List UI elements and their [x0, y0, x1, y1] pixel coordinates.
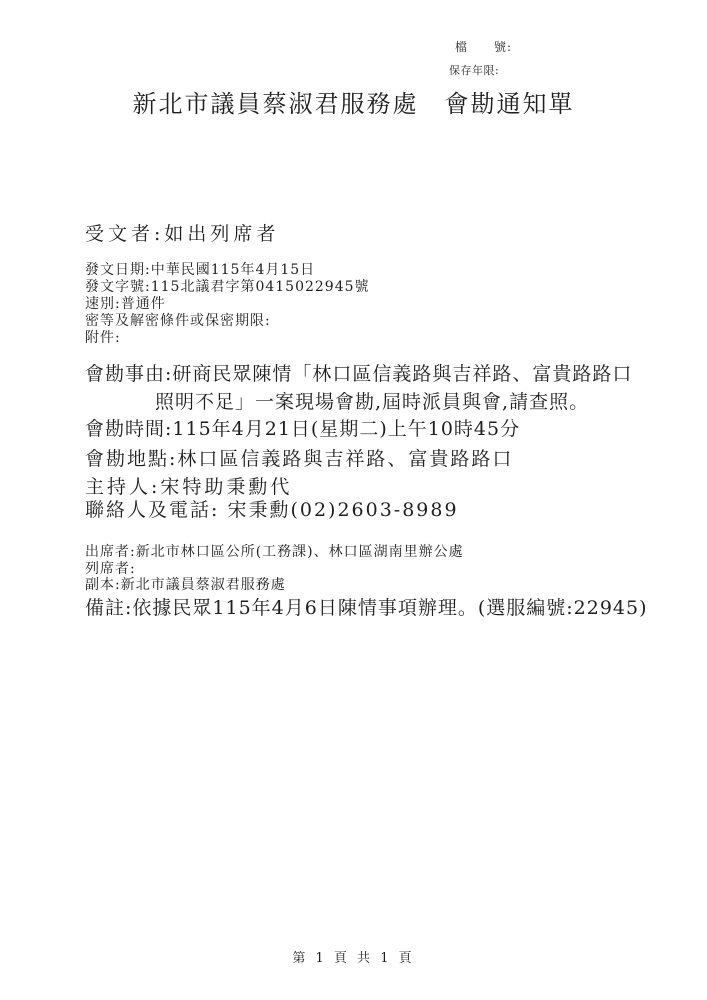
document-title: 新北市議員蔡淑君服務處 會勘通知單: [0, 84, 707, 119]
remark-line: 備註:依據民眾115年4月6日陳情事項辦理。(選服編號:22945): [85, 593, 648, 620]
survey-location-line: 會勘地點:林口區信義路與吉祥路、富貴路路口: [85, 444, 513, 471]
attachment-line: 附件:: [85, 327, 121, 347]
recipient-line: 受文者:如出列席者: [85, 219, 279, 246]
attendees-line: 出席者:新北市林口區公所(工務課)、林口區湖南里辦公處: [85, 541, 464, 561]
subject-text-line1: 會勘事由:研商民眾陳情「林口區信義路與吉祥路、富貴路路口: [85, 360, 660, 388]
file-number-label: 檔 號:: [455, 38, 512, 55]
subject-text-line2: 照明不足」一案現場會勘,屆時派員與會,請查照。: [85, 388, 660, 416]
subject-text: 研商民眾陳情「林口區信義路與吉祥路、富貴路路口: [172, 363, 632, 385]
subject-label: 會勘事由:: [85, 363, 172, 385]
retention-period-label: 保存年限:: [449, 62, 499, 78]
subject-block: 會勘事由:研商民眾陳情「林口區信義路與吉祥路、富貴路路口 照明不足」一案現場會勘…: [85, 360, 660, 416]
survey-time-line: 會勘時間:115年4月21日(星期二)上午10時45分: [85, 414, 520, 441]
document-page: 檔 號: 保存年限: 新北市議員蔡淑君服務處 會勘通知單 受文者:如出列席者 發…: [0, 0, 707, 1000]
page-number: 第 1 頁 共 1 頁: [0, 947, 707, 966]
contact-line: 聯絡人及電話: 宋秉勳(02)2603-8989: [85, 495, 459, 522]
cc-line: 副本:新北市議員蔡淑君服務處: [85, 574, 286, 594]
